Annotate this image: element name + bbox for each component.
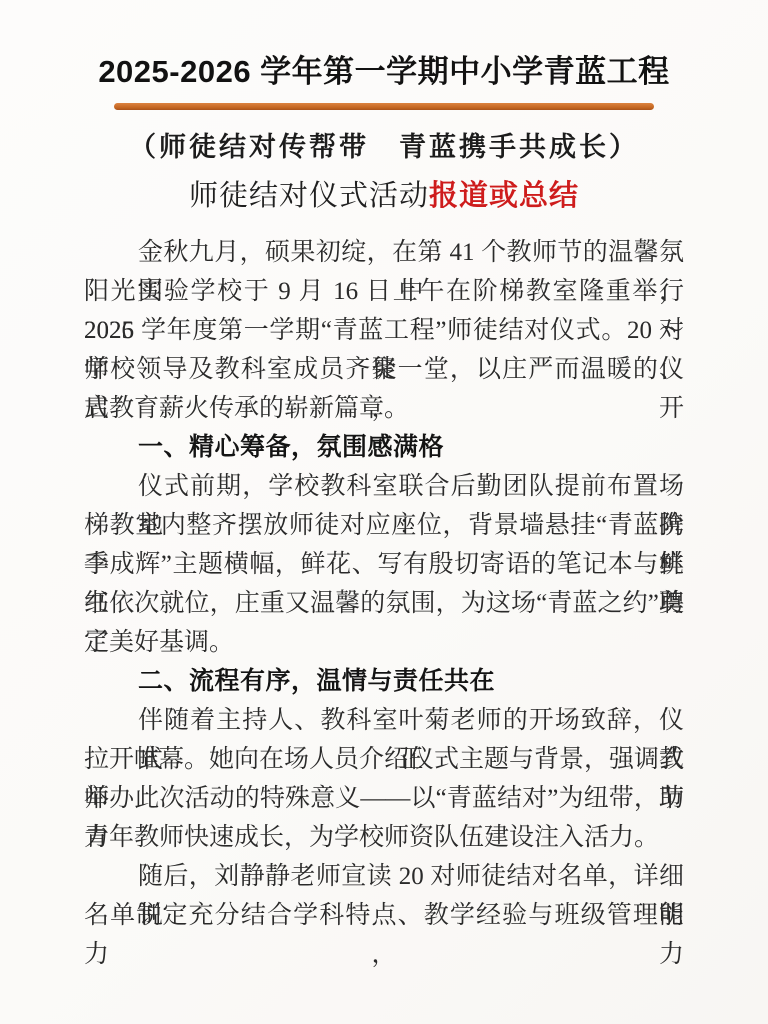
paragraph-line: 名单制定充分结合学科特点、教学经验与班级管理能力，力 — [84, 896, 684, 935]
paragraph-line: 了美好基调。 — [84, 623, 684, 662]
heading-red-text: 报道或总结 — [429, 180, 579, 212]
paragraph-line: 阳光实验学校于 9 月 16 日上午在阶梯教室隆重举行 2025～ — [84, 272, 684, 311]
paragraph-line: 李成辉”主题横幅，鲜花、写有殷切寄语的笔记本与鲜红聘 — [84, 545, 684, 584]
paragraph-line: 金秋九月，硕果初绽，在第 41 个教师节的温馨氛围中， — [84, 233, 684, 272]
paragraph-line: 拉开帷幕。她向在场人员介绍仪式主题与背景，强调教师节 — [84, 740, 684, 779]
doc-title: 2025-2026 学年第一学期中小学青蓝工程 — [40, 50, 728, 94]
section-heading-line: 一、精心筹备，氛围感满格 — [84, 428, 684, 467]
paragraph-line: 学校领导及教科室成员齐聚一堂，以庄严而温暖的仪式，开 — [84, 350, 684, 389]
paragraph-line: 举办此次活动的特殊意义——以“青蓝结对”为纽带，助力 — [84, 779, 684, 818]
paragraph-line: 2026 学年度第一学期“青蓝工程”师徒结对仪式。20 对师徒、 — [84, 311, 684, 350]
doc-heading: 师徒结对仪式活动报道或总结 — [0, 175, 768, 217]
paragraph-line: 仪式前期，学校教科室联合后勤团队提前布置场地：阶 — [84, 467, 684, 506]
paragraph-line: 伴随着主持人、教科室叶菊老师的开场致辞，仪式正式 — [84, 701, 684, 740]
doc-subtitle: （师徒结对传帮带 青蓝携手共成长） — [0, 128, 768, 168]
paragraph-line: 梯教室内整齐摆放师徒对应座位，背景墙悬挂“青蓝携手 桃 — [84, 506, 684, 545]
title-underline-rule — [114, 103, 654, 110]
paragraph-line: 随后，刘静静老师宣读 20 对师徒结对名单，详细说明 — [84, 857, 684, 896]
paragraph-line: 青年教师快速成长，为学校师资队伍建设注入活力。 — [84, 818, 684, 857]
heading-black-text: 师徒结对仪式活动 — [189, 180, 429, 212]
document-page: 2025-2026 学年第一学期中小学青蓝工程 （师徒结对传帮带 青蓝携手共成长… — [0, 0, 768, 1024]
doc-body: 金秋九月，硕果初绽，在第 41 个教师节的温馨氛围中，阳光实验学校于 9 月 1… — [84, 233, 684, 935]
paragraph-line: 书依次就位，庄重又温馨的氛围，为这场“青蓝之约”奠定 — [84, 584, 684, 623]
section-heading-line: 二、流程有序，温情与责任共在 — [84, 662, 684, 701]
